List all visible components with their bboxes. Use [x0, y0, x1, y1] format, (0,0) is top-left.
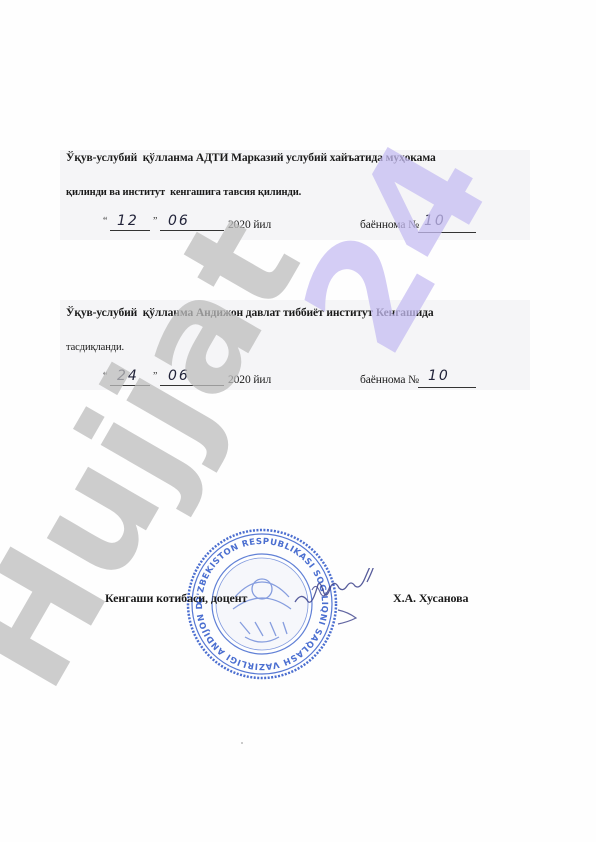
- section2-line1: Ўқув-услубий қўлланма Андижон давлат тиб…: [66, 307, 433, 319]
- signatory-title: Кенгаши котибаси, доцент: [105, 591, 247, 606]
- signature-scribble: [290, 568, 390, 628]
- section2-protocol-label: баённома №: [360, 374, 419, 386]
- section1-open-quote: “: [103, 216, 107, 227]
- section1-protocol-number: 10: [424, 213, 446, 229]
- section1-day: 12: [117, 213, 139, 229]
- section2-open-quote: “: [103, 371, 107, 382]
- section2-close-quote: ”: [153, 371, 157, 382]
- section1-protocol-label: баённома №: [360, 219, 419, 231]
- section2-year: 2020 йил: [228, 374, 271, 386]
- section2-day: 24: [117, 368, 139, 384]
- section1-line2: қилинди ва институт кенгашига тавсия қил…: [66, 187, 301, 198]
- section1-month: 06: [168, 213, 190, 229]
- section1-year: 2020 йил: [228, 219, 271, 231]
- section2-line2: тасдиқланди.: [66, 342, 124, 353]
- signatory-name: Х.А. Хусанова: [393, 591, 468, 606]
- section2-protocol-number: 10: [428, 368, 450, 384]
- section1-close-quote: ”: [153, 216, 157, 227]
- document-page: Ўқув-услубий қўлланма АДТИ Марказий услу…: [0, 0, 596, 842]
- section1-line1: Ўқув-услубий қўлланма АДТИ Марказий услу…: [66, 152, 436, 164]
- section2-month: 06: [168, 368, 190, 384]
- scan-speck: [241, 742, 243, 744]
